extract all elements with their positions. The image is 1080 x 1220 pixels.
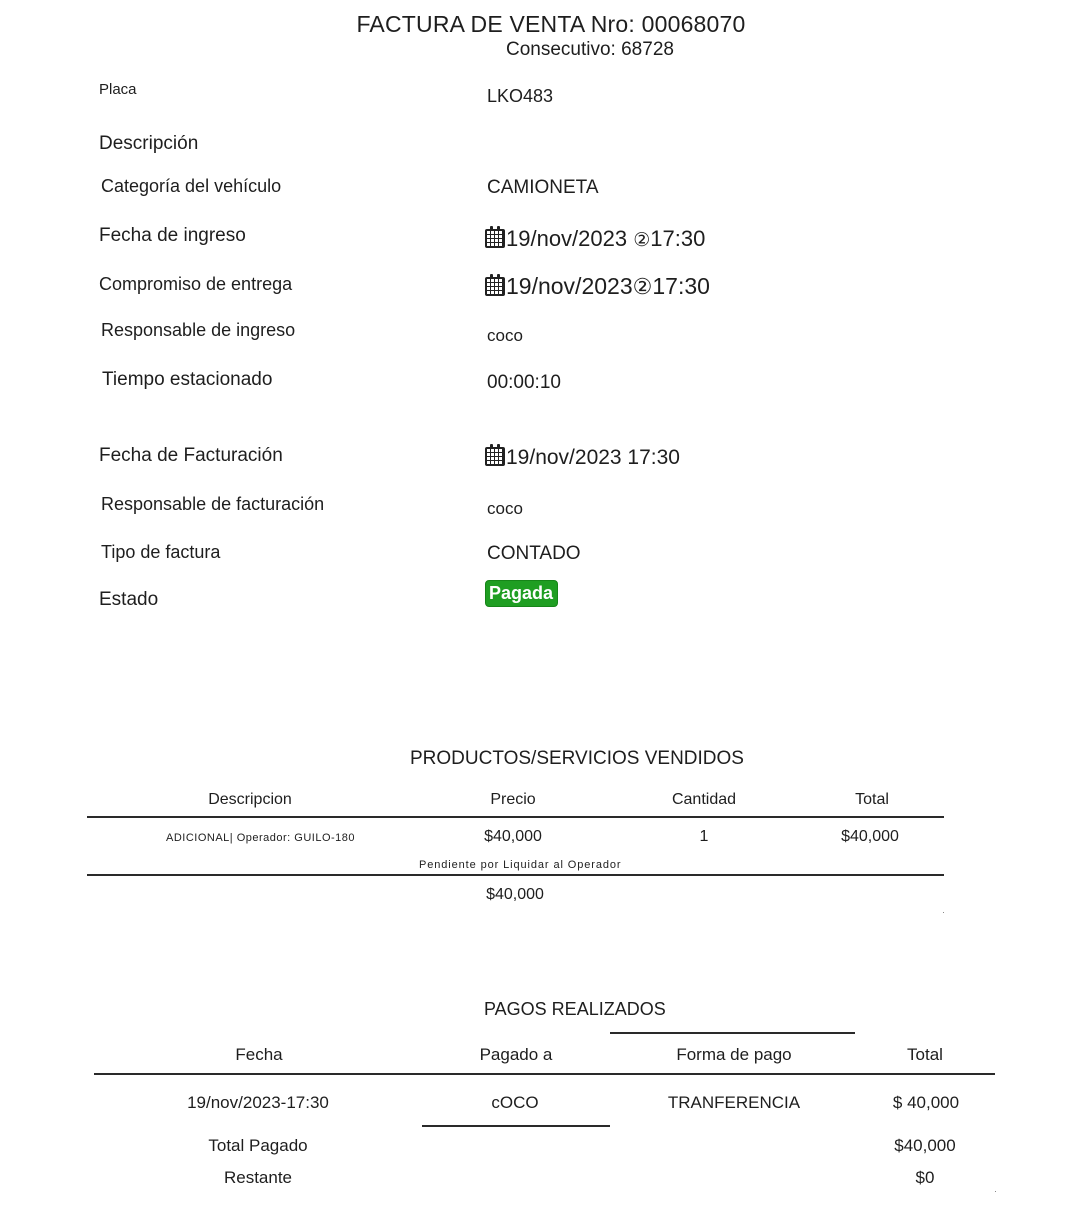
product-price: $40,000	[413, 828, 613, 846]
payment-method: TRANFERENCIA	[634, 1093, 834, 1113]
product-description: ADICIONAL| Operador: GUILO-180	[166, 832, 355, 844]
col-descripcion: Descripcion	[150, 791, 350, 809]
payment-total: $ 40,000	[826, 1093, 1026, 1113]
status-badge: Pagada	[485, 580, 558, 607]
products-grand-total: $40,000	[415, 886, 615, 904]
restante-label: Restante	[158, 1168, 358, 1188]
value-compromiso: 19/nov/2023②17:30	[485, 273, 710, 300]
value-tipo-factura: CONTADO	[487, 543, 581, 565]
label-placa: Placa	[99, 81, 137, 98]
payment-recipient: cOCO	[415, 1093, 615, 1113]
clock-icon: ②	[633, 230, 650, 251]
value-responsable-facturacion: coco	[487, 499, 523, 519]
fecha-facturacion-value: 19/nov/2023 17:30	[506, 446, 680, 469]
payments-title: PAGOS REALIZADOS	[484, 999, 666, 1020]
label-tipo-factura: Tipo de factura	[101, 542, 220, 563]
fecha-ingreso-time: 17:30	[650, 226, 705, 251]
total-pagado-label: Total Pagado	[158, 1136, 358, 1156]
col-forma-pago: Forma de pago	[634, 1045, 834, 1065]
restante-value: $0	[825, 1168, 1025, 1188]
label-estado: Estado	[99, 589, 158, 611]
label-responsable-ingreso: Responsable de ingreso	[101, 320, 295, 341]
divider	[422, 1125, 610, 1127]
payment-date: 19/nov/2023-17:30	[158, 1093, 358, 1113]
calendar-icon	[485, 229, 505, 248]
fecha-ingreso-date: 19/nov/2023	[506, 226, 633, 251]
col-fecha: Fecha	[159, 1045, 359, 1065]
compromiso-date: 19/nov/2023	[506, 273, 633, 299]
label-fecha-facturacion: Fecha de Facturación	[99, 445, 283, 467]
col-precio: Precio	[413, 791, 613, 809]
value-fecha-ingreso: 19/nov/2023 ②17:30	[485, 226, 705, 252]
value-placa: LKO483	[487, 86, 553, 107]
value-fecha-facturacion: 19/nov/2023 17:30	[485, 445, 680, 470]
value-responsable-ingreso: coco	[487, 326, 523, 346]
label-fecha-ingreso: Fecha de ingreso	[99, 225, 246, 247]
products-title: PRODUCTOS/SERVICIOS VENDIDOS	[410, 748, 744, 770]
col-total: Total	[825, 1045, 1025, 1065]
calendar-icon	[485, 277, 505, 296]
consecutive-number: Consecutivo: 68728	[506, 39, 674, 61]
col-total: Total	[772, 791, 972, 809]
col-pagado-a: Pagado a	[416, 1045, 616, 1065]
label-descripcion: Descripción	[99, 133, 198, 155]
label-compromiso: Compromiso de entrega	[99, 274, 292, 295]
divider	[94, 1073, 995, 1075]
invoice-title: FACTURA DE VENTA Nro: 00068070	[0, 11, 1080, 38]
product-total: $40,000	[770, 828, 970, 846]
divider	[87, 816, 944, 818]
value-categoria: CAMIONETA	[487, 177, 599, 199]
label-responsable-facturacion: Responsable de facturación	[101, 494, 324, 515]
label-categoria: Categoría del vehículo	[101, 176, 281, 197]
divider	[610, 1032, 855, 1034]
total-pagado-value: $40,000	[825, 1136, 1025, 1156]
compromiso-time: 17:30	[652, 273, 710, 299]
value-tiempo: 00:00:10	[487, 372, 561, 394]
product-note: Pendiente por Liquidar al Operador	[419, 859, 621, 871]
clock-icon: ②	[633, 274, 653, 299]
calendar-icon	[485, 447, 505, 466]
divider	[87, 874, 944, 876]
label-tiempo: Tiempo estacionado	[102, 369, 272, 391]
